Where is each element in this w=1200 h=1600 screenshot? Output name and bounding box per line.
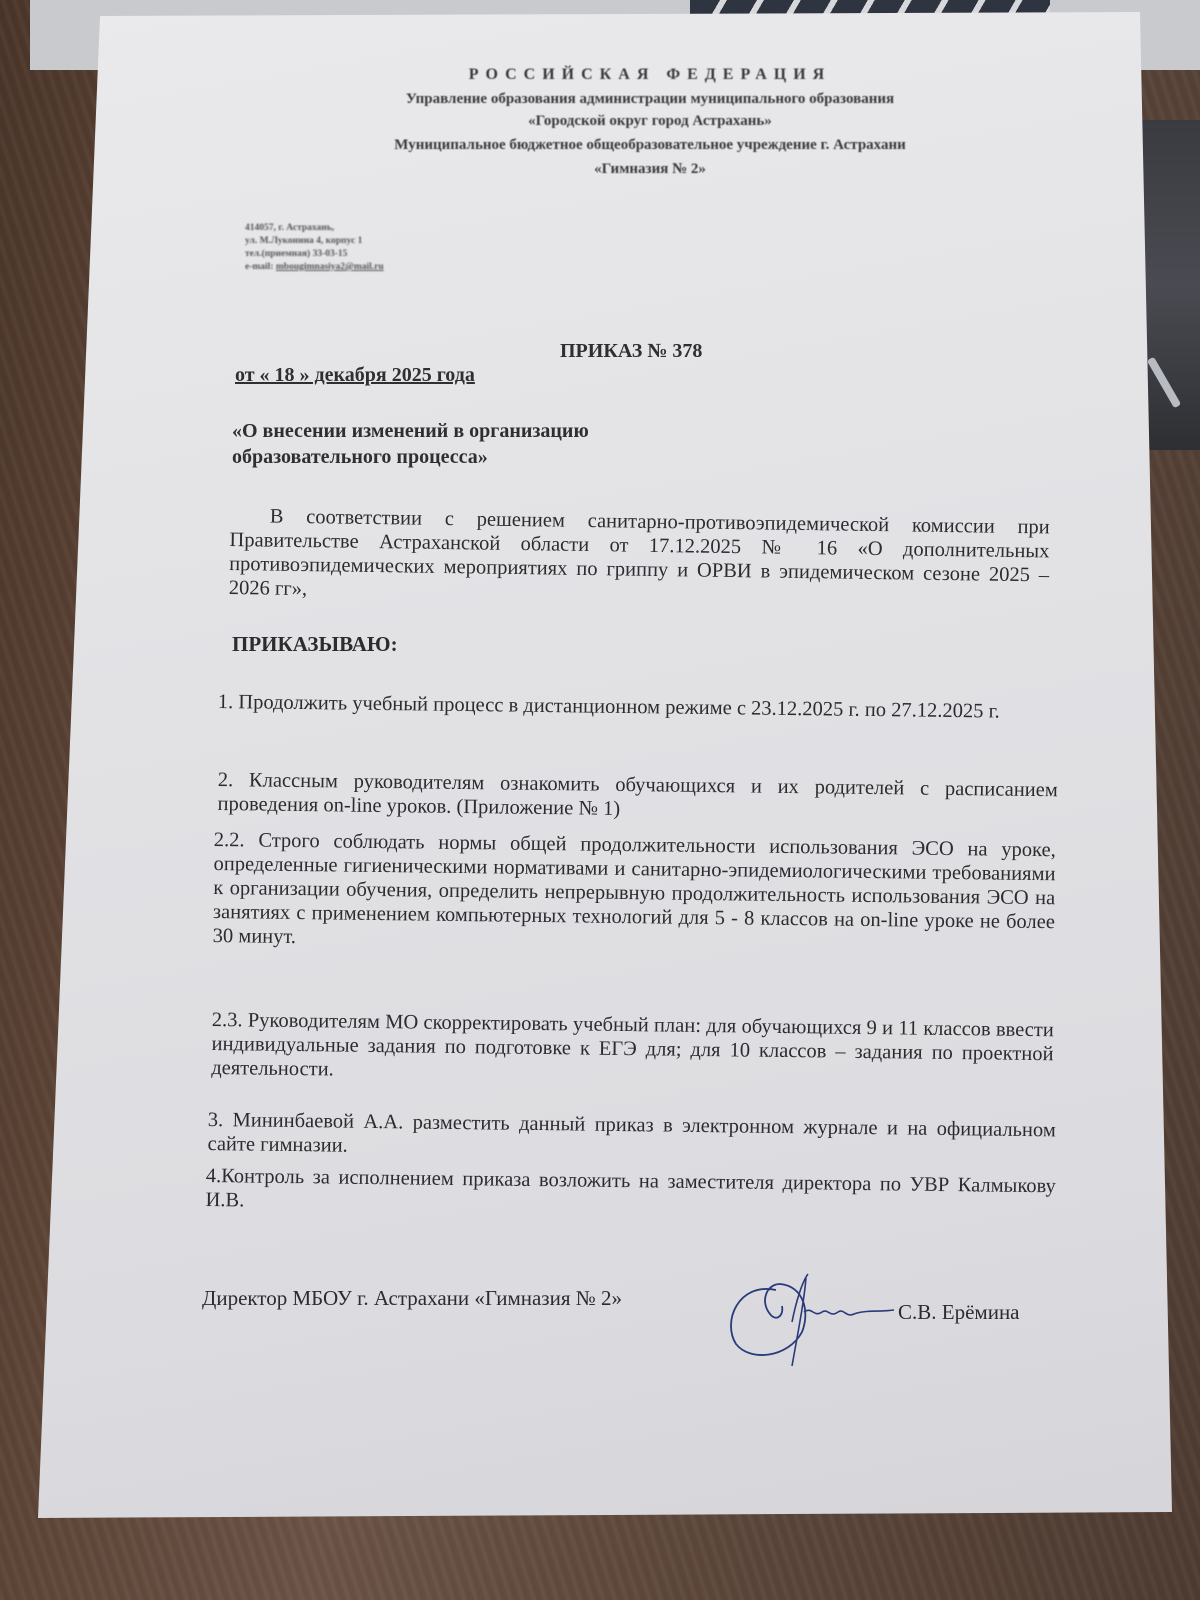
order-item-2-2: 2.2. Строго соблюдать нормы общей продол… (213, 828, 1056, 958)
signatory-name: С.В. Ерёмина (898, 1300, 1020, 1325)
preamble-paragraph: В соответствии с решением санитарно-прот… (229, 504, 1050, 611)
order-item-3: 3. Мининбаевой А.А. разместить данный пр… (207, 1108, 1056, 1166)
order-subject: «О внесении изменений в организацию обра… (232, 418, 752, 470)
document-content: РОССИЙСКАЯ ФЕДЕРАЦИЯ Управление образова… (0, 0, 1200, 1600)
order-item-1: 1. Продолжить учебный процесс в дистанци… (218, 690, 1058, 724)
directive-heading: ПРИКАЗЫВАЮ: (232, 632, 398, 657)
order-item-2-3: 2.3. Руководителям МО скорректировать уч… (211, 1008, 1054, 1090)
signatory-role: Директор МБОУ г. Астрахани «Гимназия № 2… (202, 1286, 622, 1311)
header-country: РОССИЙСКАЯ ФЕДЕРАЦИЯ (280, 64, 1020, 86)
header-institution: Муниципальное бюджетное общеобразователь… (280, 134, 1020, 156)
order-item-2: 2. Классным руководителям ознакомить обу… (217, 768, 1058, 826)
order-title: ПРИКАЗ № 378 (560, 340, 702, 363)
handwritten-signature-icon (718, 1262, 898, 1372)
address-phone: тел.(приемная) 33-03-15 (245, 248, 384, 261)
address-city: 414057, г. Астрахань, (245, 222, 384, 235)
address-email-row: e-mail: mbougimnasiya2@mail.ru (245, 261, 384, 274)
email-link: mbougimnasiya2@mail.ru (276, 262, 384, 272)
order-date: от « 18 » декабря 2025 года (235, 364, 475, 387)
email-label: e-mail: (245, 262, 274, 272)
order-item-4: 4.Контроль за исполнением приказа возлож… (205, 1164, 1056, 1222)
header-municipality: «Городской округ город Астрахань» (280, 110, 1020, 132)
address-block: 414057, г. Астрахань, ул. М.Луконина 4, … (245, 222, 384, 274)
header-school-name: «Гимназия № 2» (280, 158, 1020, 180)
address-street: ул. М.Луконина 4, корпус 1 (245, 235, 384, 248)
header-department: Управление образования администрации мун… (280, 88, 1020, 110)
